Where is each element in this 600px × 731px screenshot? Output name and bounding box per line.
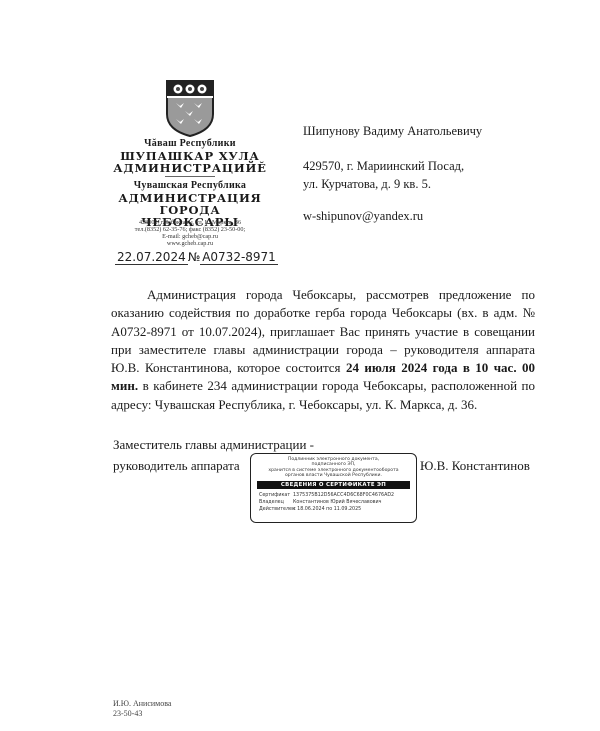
body-part-2: в кабинете 234 администрации города Чебо… xyxy=(111,378,535,411)
document-date: 22.07.2024 xyxy=(115,250,188,265)
letterhead-divider xyxy=(165,176,215,177)
executor-phone: 23-50-43 xyxy=(113,710,142,718)
letterhead-chuvash-admin-2: АДМИНИСТРАЦИЙĔ xyxy=(110,163,270,175)
stamp-row-validity: Действителен с 18.06.2024 по 11.09.2025 xyxy=(251,506,416,513)
addressee-address-2: ул. Курчатова, д. 9 кв. 5. xyxy=(303,178,431,191)
electronic-signature-stamp: Подлинник электронного документа, подпис… xyxy=(250,453,417,523)
letter-body: Администрация города Чебоксары, рассмотр… xyxy=(111,286,535,414)
addressee-email: w-shipunov@yandex.ru xyxy=(303,210,423,223)
executor-name: И.Ю. Анисимова xyxy=(113,700,171,708)
stamp-header-4: органов власти Чувашской Республики. xyxy=(251,473,416,478)
addressee-address-1: 429570, г. Мариинский Посад, xyxy=(303,160,464,173)
stamp-row-owner: Владелец Константинов Юрий Вячеславович xyxy=(251,499,416,506)
letterhead-russian-republic: Чувашская Республика xyxy=(110,181,270,191)
letterhead-chuvash-republic: Чăваш Республики xyxy=(110,139,270,149)
coat-of-arms-icon xyxy=(164,78,216,138)
signer-name: Ю.В. Константинов xyxy=(420,458,530,474)
signer-title-1: Заместитель главы администрации - xyxy=(113,438,314,451)
registration-line: 22.07.2024№А0732-8971 xyxy=(115,250,278,264)
stamp-row-certificate: Сертификат 1375375B12D56ACC4D6C68F0C4676… xyxy=(251,492,416,499)
letterhead-website: www.gcheb.cap.ru xyxy=(110,240,270,248)
stamp-certificate-title: СВЕДЕНИЯ О СЕРТИФИКАТЕ ЭП xyxy=(257,481,410,489)
signer-title-2: руководитель аппарата xyxy=(113,459,240,472)
number-sign: № xyxy=(188,250,200,264)
addressee-name: Шипунову Вадиму Анатольевичу xyxy=(303,125,482,138)
registration-number: А0732-8971 xyxy=(200,250,278,265)
